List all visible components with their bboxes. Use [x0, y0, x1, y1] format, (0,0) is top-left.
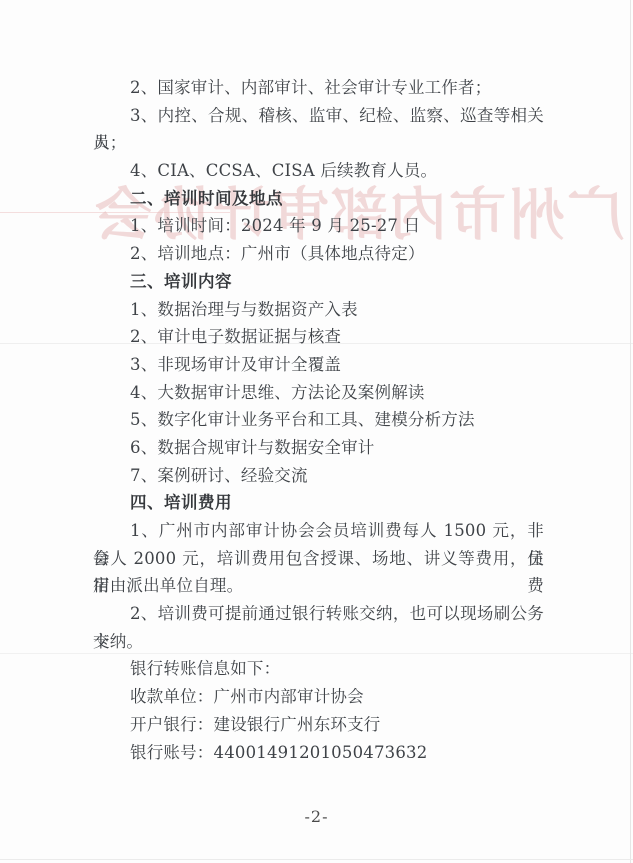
- list-item: 4、CIA、CCSA、CISA 后续教育人员。: [93, 157, 544, 185]
- list-item: 4、大数据审计思维、方法论及案例解读: [93, 379, 544, 407]
- paragraph-line: 2、培训费可提前通过银行转账交纳，也可以现场刷公务卡: [93, 600, 544, 628]
- list-item: 1、数据治理与与数据资产入表: [93, 296, 544, 324]
- scan-edge-line: [0, 859, 633, 860]
- list-item-wrap: 员；: [93, 129, 544, 157]
- list-item: 3、非现场审计及审计全覆盖: [93, 351, 544, 379]
- section-heading-fees: 四、培训费用: [93, 489, 544, 517]
- bank-account: 银行账号：44001491201050473632: [93, 739, 544, 767]
- section-heading-time-location: 二、培训时间及地点: [93, 185, 544, 213]
- list-item: 5、数字化审计业务平台和工具、建模分析方法: [93, 406, 544, 434]
- section-heading-content: 三、培训内容: [93, 268, 544, 296]
- list-item: 7、案例研讨、经验交流: [93, 462, 544, 490]
- list-item: 3、内控、合规、稽核、监审、纪检、监察、巡查等相关人: [93, 102, 544, 130]
- paragraph-line: 交纳。: [93, 628, 544, 656]
- bank-payee: 收款单位：广州市内部审计协会: [93, 683, 544, 711]
- document-body: 2、国家审计、内部审计、社会审计专业工作者； 3、内控、合规、稽核、监审、纪检、…: [93, 74, 544, 766]
- bank-branch: 开户银行：建设银行广州东环支行: [93, 711, 544, 739]
- list-item: 2、审计电子数据证据与核查: [93, 323, 544, 351]
- list-item: 6、数据合规审计与数据安全审计: [93, 434, 544, 462]
- scanned-page: 广州市内部审计协会 2、国家审计、内部审计、社会审计专业工作者； 3、内控、合规…: [0, 0, 633, 863]
- list-item: 1、培训时间：2024 年 9 月 25-27 日: [93, 212, 544, 240]
- paragraph-line: 1、广州市内部审计协会会员培训费每人 1500 元，非会员: [93, 517, 544, 545]
- list-item: 2、国家审计、内部审计、社会审计专业工作者；: [93, 74, 544, 102]
- paragraph-line: 每人 2000 元，培训费用包含授课、场地、讲义等费用，住宿费: [93, 545, 544, 573]
- scan-edge-line: [630, 0, 631, 863]
- list-item: 2、培训地点：广州市（具体地点待定）: [93, 240, 544, 268]
- page-number: -2-: [0, 803, 633, 831]
- bank-info-intro: 银行转账信息如下：: [93, 655, 544, 683]
